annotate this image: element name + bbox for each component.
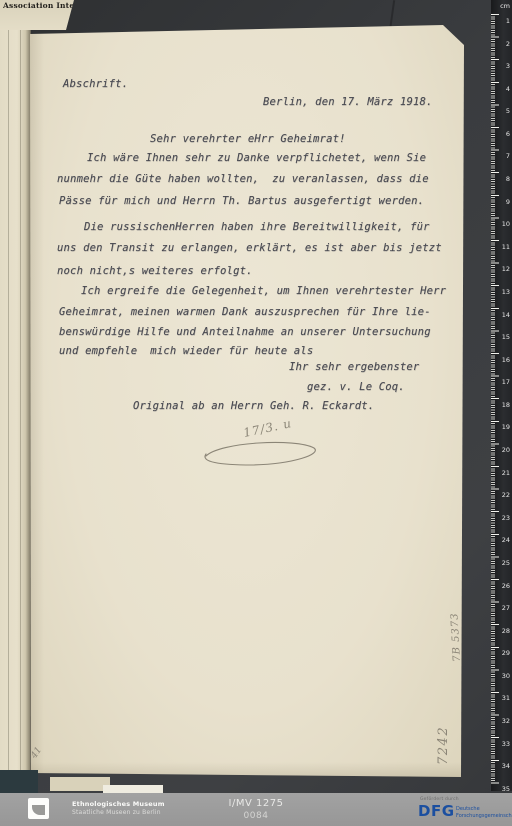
letter-line: benswürdige Hilfe und Anteilnahme an uns…: [59, 326, 431, 338]
bottom-sliver-dark: [0, 770, 38, 793]
ruler-number: 8: [506, 175, 510, 183]
ruler-number: 13: [502, 288, 510, 296]
scanned-archive-view: Association Internatio Abschrift. Berlin…: [0, 0, 512, 826]
page-edge-line: [20, 0, 21, 792]
page-edge-line: [8, 0, 9, 792]
pencil-side-note-lower: 7242: [436, 726, 451, 765]
ruler-number: 18: [502, 401, 510, 409]
letter-line: noch nicht‚s weiteres erfolgt.: [57, 265, 253, 277]
ruler-number: 30: [502, 672, 510, 680]
ruler-number: 10: [502, 220, 510, 228]
page-stack-left-edge: [0, 0, 31, 792]
ruler-number: 2: [506, 40, 510, 48]
letter-line: Ich wäre Ihnen sehr zu Danke verpflichet…: [87, 152, 426, 164]
letter-line: Pässe für mich und Herrn Th. Bartus ausg…: [59, 195, 424, 207]
dfg-name-line1: Deutsche: [456, 806, 480, 812]
ruler-number: 19: [502, 423, 510, 431]
letter-line-signature: gez. v. Le Coq.: [307, 381, 405, 393]
bottom-sliver-cream: [50, 777, 110, 791]
letter-line: Die russischenHerren haben ihre Bereitwi…: [84, 221, 430, 233]
ruler-unit-label: cm: [500, 2, 510, 10]
fragment-printed-text: Association Internatio: [3, 1, 73, 10]
letter-line: nunmehr die Güte haben wollten, zu veran…: [57, 173, 429, 185]
dfg-logo: DFG: [418, 802, 455, 820]
ruler-number: 4: [506, 85, 510, 93]
letter-line: Geheimrat, meinen warmen Dank auszusprec…: [59, 306, 431, 318]
ruler-number: 24: [502, 536, 510, 544]
ruler-number: 31: [502, 694, 510, 702]
footer-bar: Ethnologisches Museum Staatliche Museen …: [0, 793, 512, 826]
ruler-number: 33: [502, 740, 510, 748]
ruler-number: 17: [502, 378, 510, 386]
ruler-number: 32: [502, 717, 510, 725]
ruler-number: 14: [502, 311, 510, 319]
ruler-number: 12: [502, 265, 510, 273]
ruler-number: 34: [502, 762, 510, 770]
ruler-number: 22: [502, 491, 510, 499]
ruler-number: 25: [502, 559, 510, 567]
underlying-page-fragment: Association Internatio: [0, 0, 74, 30]
ruler-number: 5: [506, 107, 510, 115]
letter-line-abschrift: Abschrift.: [63, 78, 128, 90]
ruler-number: 23: [502, 514, 510, 522]
ruler-number: 1: [506, 17, 510, 25]
ruler-number: 11: [502, 243, 510, 251]
ruler-number: 16: [502, 356, 510, 364]
ruler-number: 21: [502, 469, 510, 477]
ruler-number: 7: [506, 152, 510, 160]
cm-ruler: cm 1234567891011121314151617181920212223…: [491, 0, 512, 791]
ruler-number: 9: [506, 198, 510, 206]
ruler-number: 26: [502, 582, 510, 590]
handwritten-flourish: [192, 428, 330, 472]
letter-line-salutation: Sehr verehrter eHrr Geheimrat!: [150, 133, 346, 145]
ruler-cm-ticks: [491, 14, 499, 784]
letter-line-closing: Ihr sehr ergebenster: [289, 361, 419, 373]
ruler-number: 15: [502, 333, 510, 341]
letter-line: Ich ergreife die Gelegenheit, um Ihnen v…: [81, 285, 446, 297]
ruler-number: 6: [506, 130, 510, 138]
ruler-number: 27: [502, 604, 510, 612]
ruler-number: 35: [502, 785, 510, 793]
dfg-name-line2: Forschungsgemeinschaft: [456, 813, 512, 819]
ruler-number: 3: [506, 62, 510, 70]
ruler-number: 28: [502, 627, 510, 635]
ruler-number: 20: [502, 446, 510, 454]
letter-line: und empfehle mich wieder für heute als: [59, 345, 313, 357]
bottom-sliver-white: [103, 785, 163, 793]
letter-line: uns den Transit zu erlangen, erklärt, es…: [57, 242, 442, 254]
letter-line-postscript: Original ab an Herrn Geh. R. Eckardt.: [133, 400, 374, 412]
letter-line-dateline: Berlin, den 17. März 1918.: [263, 96, 433, 108]
ruler-number: 29: [502, 649, 510, 657]
